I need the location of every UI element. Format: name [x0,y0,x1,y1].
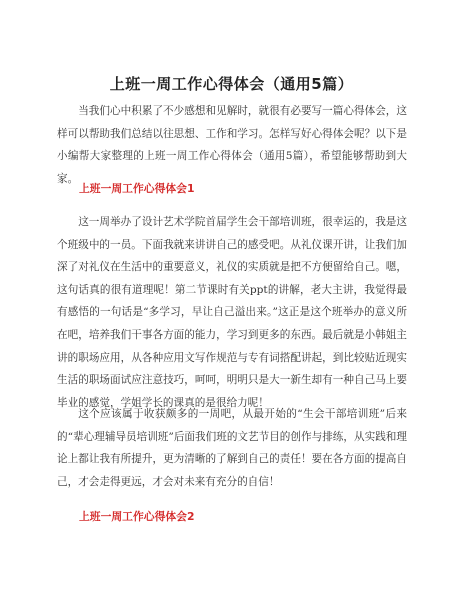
document-title: 上班一周工作心得体会（通用5篇） [0,73,463,94]
section-1-paragraph-2: 这个应该属于收获颇多的一周吧，从最开始的“生会干部培训班”后来的“辈心理辅导员培… [57,403,407,493]
section-1-paragraph-1: 这一周举办了设计艺术学院首届学生会干部培训班，很幸运的，我是这个班级中的一员。下… [57,211,407,414]
document-page: 上班一周工作心得体会（通用5篇） 当我们心中积累了不少感想和见解时，就很有必要写… [0,0,463,600]
section-1-heading: 上班一周工作心得体会1 [79,181,194,196]
section-2-heading: 上班一周工作心得体会2 [79,509,194,524]
intro-paragraph: 当我们心中积累了不少感想和见解时，就很有必要写一篇心得体会，这样可以帮助我们总结… [57,100,407,190]
